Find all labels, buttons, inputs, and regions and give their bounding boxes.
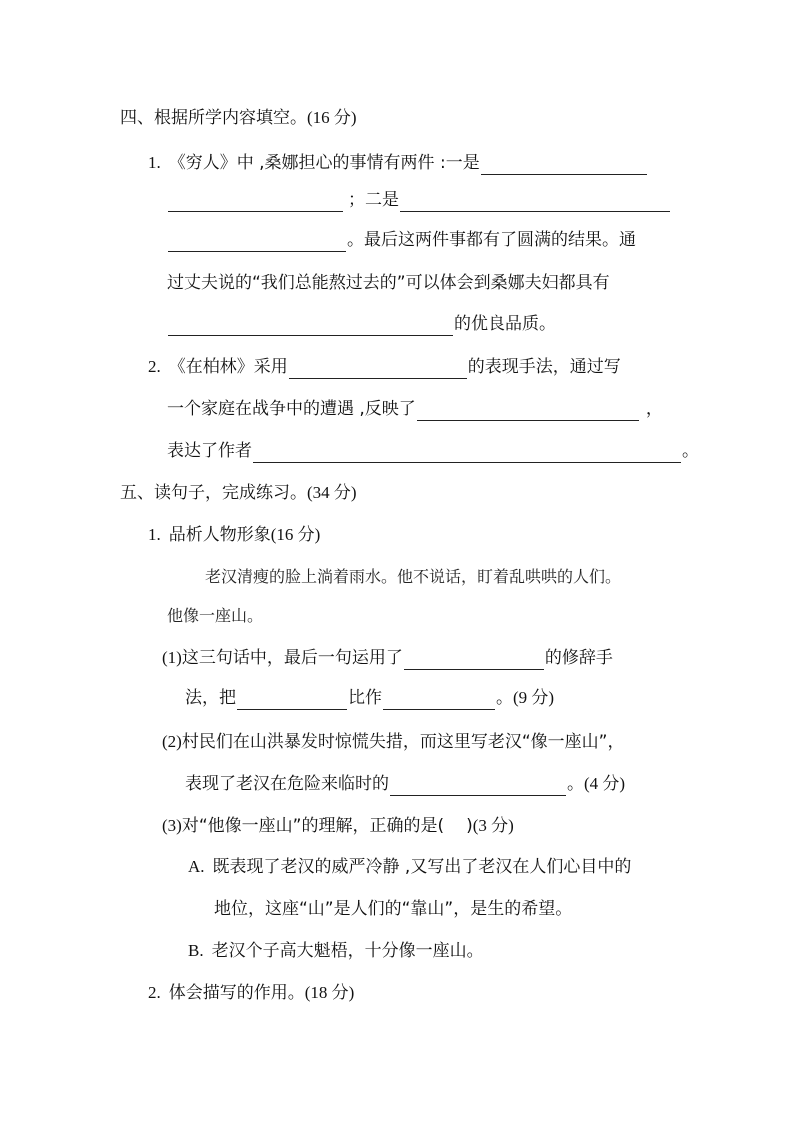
- sub2-text-2b: 。: [567, 772, 584, 796]
- answer-blank[interactable]: [168, 193, 343, 212]
- s5-q1-points: (16 分): [271, 523, 321, 547]
- s4-q1-line3: 。最后这两件事都有了圆满的结果。通: [167, 228, 636, 252]
- s4-q2-text-2a: 一个家庭在战争中的遭遇 ,反映了: [167, 397, 416, 421]
- s5-q2-points: (18 分): [305, 981, 355, 1005]
- s4-q1-text-3: 。最后这两件事都有了圆满的结果。通: [347, 228, 636, 252]
- s5-q1-sub1-line2: 法，把 比作 。 (9 分): [185, 686, 554, 710]
- s4-q1-text-5: 的优良品质。: [454, 312, 556, 336]
- s5-q1-sub1-line1: (1) 这三句话中，最后一句运用了 的修辞手: [162, 646, 613, 670]
- sub1-text-2c: 。: [496, 686, 513, 710]
- answer-blank[interactable]: [390, 777, 566, 796]
- option-a-letter: A.: [188, 855, 205, 879]
- answer-blank[interactable]: [168, 317, 453, 336]
- answer-blank[interactable]: [253, 444, 681, 463]
- passage-line-2: 他像一座山。: [167, 604, 263, 628]
- sub2-points: (4 分): [584, 772, 625, 796]
- sub1-text-1b: 的修辞手: [545, 646, 613, 670]
- s5-q1-number: 1.: [148, 523, 161, 547]
- option-b-line1[interactable]: B. 老汉个子高大魁梧，十分像一座山。: [188, 939, 484, 963]
- sub2-text-1: 村民们在山洪暴发时惊慌失措，而这里写老汉“像一座山”，: [182, 730, 625, 754]
- sub1-text-1a: 这三句话中，最后一句运用了: [182, 646, 403, 670]
- s4-q2-text-2b: ，: [646, 397, 663, 421]
- s5-q1-sub3-line: (3) 对“他像一座山”的理解，正确的是( ) (3 分): [162, 814, 514, 838]
- sub1-points: (9 分): [513, 686, 554, 710]
- answer-blank[interactable]: [168, 233, 346, 252]
- s4-q2-line1: 2. 《在柏林》采用 的表现手法，通过写: [148, 355, 621, 379]
- passage-line-1: 老汉清瘦的脸上淌着雨水。他不说话，盯着乱哄哄的人们。: [205, 565, 621, 589]
- s4-q1-text-4: 过丈夫说的“我们总能熬过去的”可以体会到桑娜夫妇都具有: [167, 271, 610, 295]
- s4-q1-text-2: ；二是: [348, 188, 399, 212]
- section-4-points: (16 分): [307, 106, 357, 130]
- s4-q1-line2: ；二是: [167, 188, 671, 212]
- answer-blank[interactable]: [481, 156, 647, 175]
- sub2-label: (2): [162, 730, 182, 754]
- s5-q1-title: 品析人物形象: [169, 523, 271, 547]
- option-b-letter: B.: [188, 939, 204, 963]
- answer-blank[interactable]: [417, 402, 639, 421]
- s5-q2-title: 体会描写的作用。: [169, 981, 305, 1005]
- s5-q2-number: 2.: [148, 981, 161, 1005]
- option-a-text-1: 既表现了老汉的威严冷静 ,又写出了老汉在人们心目中的: [213, 855, 632, 879]
- sub1-label: (1): [162, 646, 182, 670]
- answer-blank[interactable]: [404, 651, 544, 670]
- option-a-text-2: 地位，这座“山”是人们的“靠山”，是生的希望。: [214, 897, 572, 921]
- sub3-text: 对“他像一座山”的理解，正确的是(: [182, 814, 444, 838]
- s4-q2-text-1b: 的表现手法，通过写: [468, 355, 621, 379]
- s4-q2-text-3b: 。: [682, 439, 699, 463]
- s4-q1-line4: 过丈夫说的“我们总能熬过去的”可以体会到桑娜夫妇都具有: [167, 271, 610, 295]
- option-a-line2: 地位，这座“山”是人们的“靠山”，是生的希望。: [214, 897, 572, 921]
- sub2-text-2a: 表现了老汉在危险来临时的: [185, 772, 389, 796]
- section-4-heading: 四、根据所学内容填空。(16 分): [120, 106, 357, 130]
- section-5-heading: 五、读句子，完成练习。(34 分): [120, 481, 357, 505]
- sub3-label: (3): [162, 814, 182, 838]
- s5-q1-heading: 1. 品析人物形象(16 分): [148, 523, 320, 547]
- sub1-text-2b: 比作: [348, 686, 382, 710]
- answer-blank[interactable]: [400, 193, 670, 212]
- s4-q2-line2: 一个家庭在战争中的遭遇 ,反映了 ，: [167, 397, 663, 421]
- option-b-text-1: 老汉个子高大魁梧，十分像一座山。: [212, 939, 484, 963]
- passage-text-2: 他像一座山。: [167, 604, 263, 628]
- s5-q1-sub2-line1: (2) 村民们在山洪暴发时惊慌失措，而这里写老汉“像一座山”，: [162, 730, 624, 754]
- answer-blank[interactable]: [383, 691, 495, 710]
- section-4-title: 四、根据所学内容填空。: [120, 106, 307, 130]
- sub3-close: ): [466, 814, 473, 838]
- s4-q2-text-1a: 《在柏林》采用: [169, 355, 288, 379]
- answer-blank[interactable]: [237, 691, 347, 710]
- s5-q2-heading: 2. 体会描写的作用。(18 分): [148, 981, 354, 1005]
- sub1-text-2a: 法，把: [185, 686, 236, 710]
- s4-q2-number: 2.: [148, 355, 161, 379]
- s4-q2-line3: 表达了作者 。: [167, 439, 699, 463]
- s4-q1-line5: 的优良品质。: [167, 312, 556, 336]
- section-5-title: 五、读句子，完成练习。: [120, 481, 307, 505]
- s5-q1-sub2-line2: 表现了老汉在危险来临时的 。 (4 分): [185, 772, 625, 796]
- section-5-points: (34 分): [307, 481, 357, 505]
- sub3-points: (3 分): [473, 814, 514, 838]
- passage-text-1: 老汉清瘦的脸上淌着雨水。他不说话，盯着乱哄哄的人们。: [205, 565, 621, 589]
- answer-blank[interactable]: [289, 360, 467, 379]
- s4-q1-line1: 1. 《穷人》中 ,桑娜担心的事情有两件 :一是: [148, 151, 648, 175]
- s4-q1-text-1: 《穷人》中 ,桑娜担心的事情有两件 :一是: [169, 151, 480, 175]
- s4-q2-text-3a: 表达了作者: [167, 439, 252, 463]
- option-a-line1[interactable]: A. 既表现了老汉的威严冷静 ,又写出了老汉在人们心目中的: [188, 855, 631, 879]
- s4-q1-number: 1.: [148, 151, 161, 175]
